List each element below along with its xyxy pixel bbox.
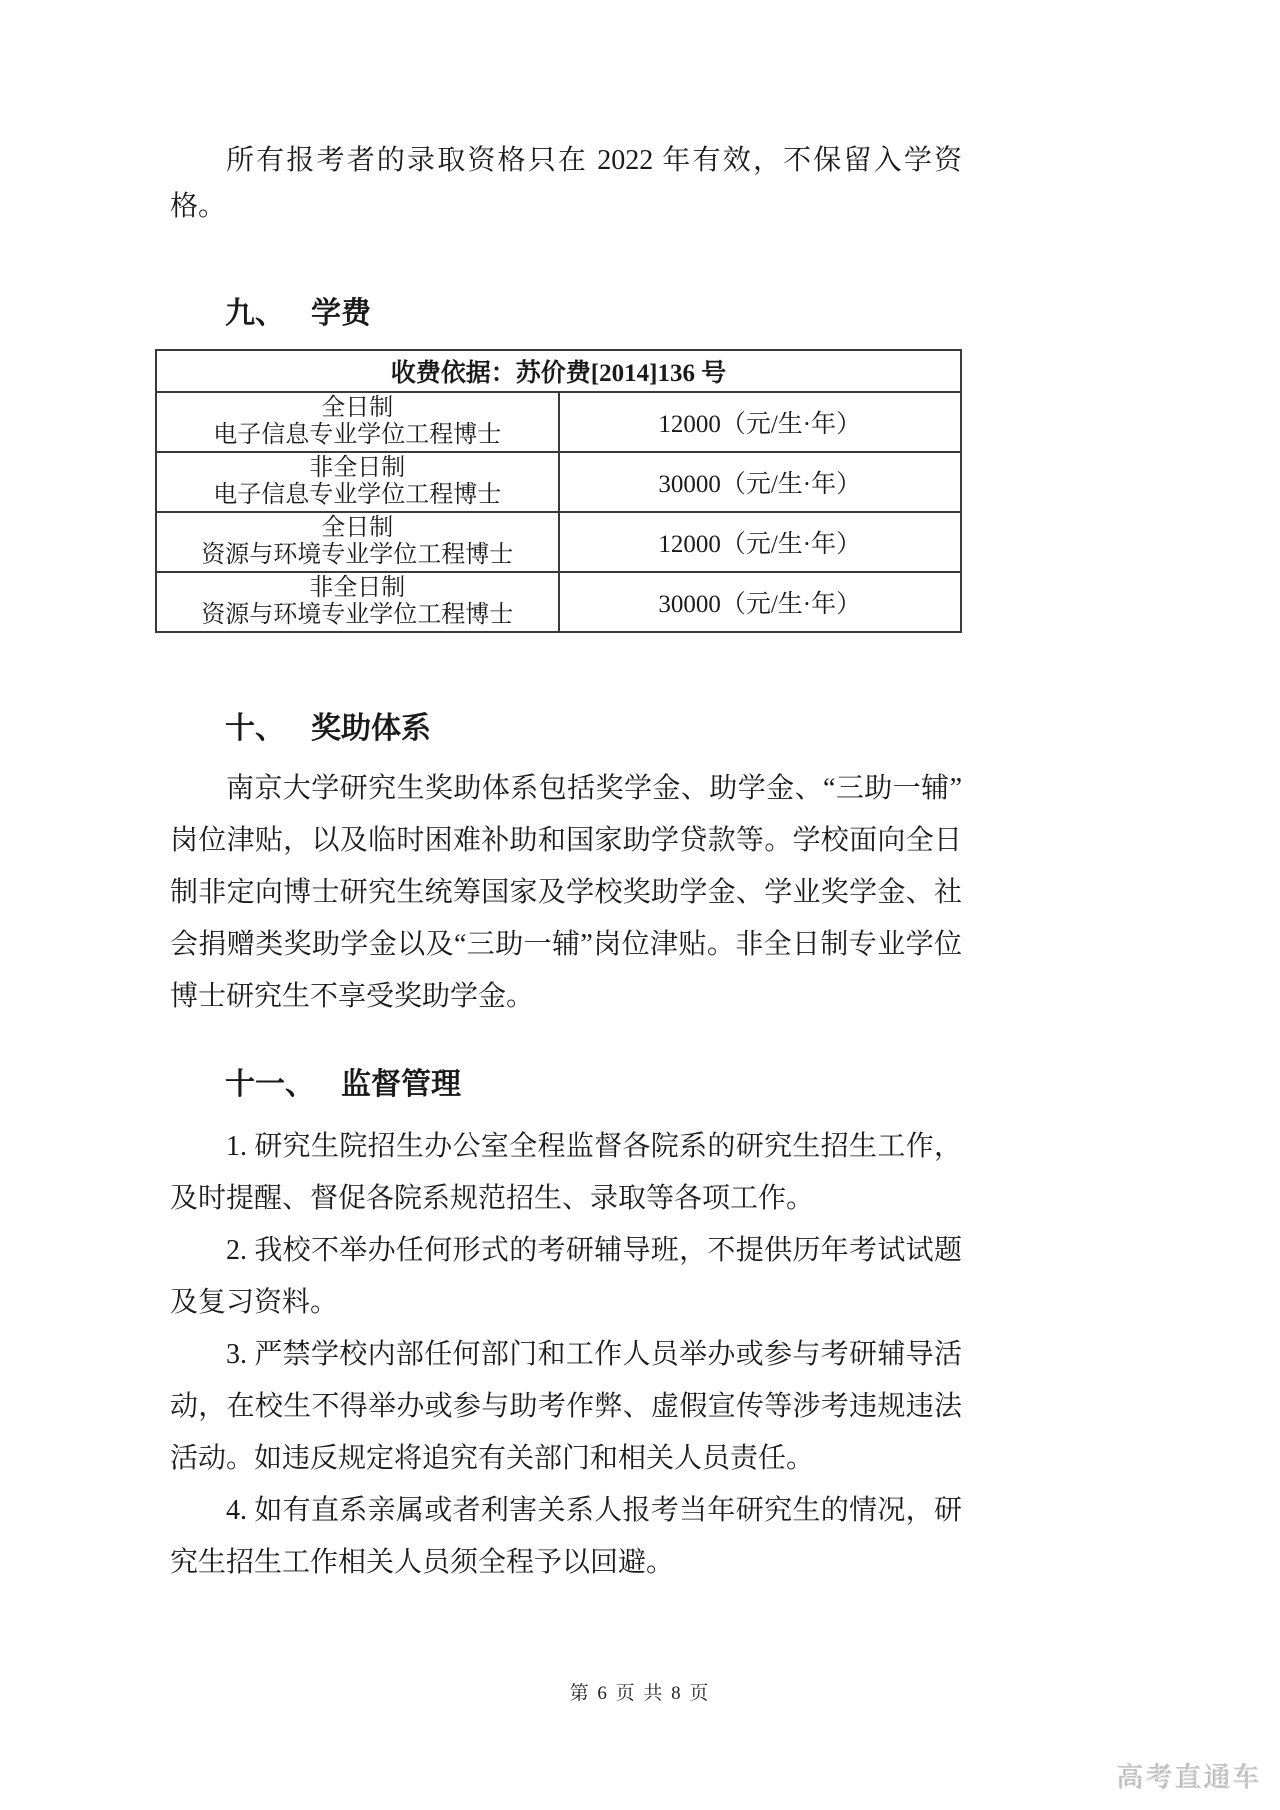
program-mode: 全日制 bbox=[161, 395, 554, 422]
program-name: 电子信息专业学位工程博士 bbox=[161, 482, 554, 509]
program-mode: 非全日制 bbox=[161, 455, 554, 482]
supervision-item: 4. 如有直系亲属或者利害关系人报考当年研究生的情况，研究生招生工作相关人员须全… bbox=[170, 1485, 962, 1589]
program-mode: 全日制 bbox=[161, 515, 554, 542]
table-row: 非全日制 电子信息专业学位工程博士 30000（元/生·年） bbox=[156, 452, 961, 512]
section-9-title: 学费 bbox=[311, 297, 371, 330]
section-10-number: 十、 bbox=[225, 712, 285, 745]
program-name: 资源与环境专业学位工程博士 bbox=[161, 602, 554, 629]
section-11-heading: 十一、监督管理 bbox=[225, 1065, 962, 1105]
supervision-item: 1. 研究生院招生办公室全程监督各院系的研究生招生工作，及时提醒、督促各院系规范… bbox=[170, 1121, 962, 1225]
program-name: 电子信息专业学位工程博士 bbox=[161, 422, 554, 449]
fee-basis-header: 收费依据：苏价费[2014]136 号 bbox=[156, 350, 961, 392]
supervision-item: 3. 严禁学校内部任何部门和工作人员举办或参与考研辅导活动，在校生不得举办或参与… bbox=[170, 1329, 962, 1485]
tuition-fee-table: 收费依据：苏价费[2014]136 号 全日制 电子信息专业学位工程博士 120… bbox=[155, 349, 962, 633]
table-row: 全日制 电子信息专业学位工程博士 12000（元/生·年） bbox=[156, 392, 961, 452]
section-11-number: 十一、 bbox=[225, 1068, 315, 1101]
program-cell: 非全日制 资源与环境专业学位工程博士 bbox=[156, 572, 559, 632]
section-11-items: 1. 研究生院招生办公室全程监督各院系的研究生招生工作，及时提醒、督促各院系规范… bbox=[170, 1121, 962, 1589]
program-name: 资源与环境专业学位工程博士 bbox=[161, 542, 554, 569]
program-cell: 全日制 资源与环境专业学位工程博士 bbox=[156, 512, 559, 572]
table-row: 非全日制 资源与环境专业学位工程博士 30000（元/生·年） bbox=[156, 572, 961, 632]
supervision-item: 2. 我校不举办任何形式的考研辅导班，不提供历年考试试题及复习资料。 bbox=[170, 1225, 962, 1329]
fee-table-header-row: 收费依据：苏价费[2014]136 号 bbox=[156, 350, 961, 392]
section-10-title: 奖助体系 bbox=[311, 712, 431, 745]
program-cell: 非全日制 电子信息专业学位工程博士 bbox=[156, 452, 559, 512]
page-number: 第 6 页 共 8 页 bbox=[0, 1678, 1280, 1705]
section-9-number: 九、 bbox=[225, 297, 285, 330]
fee-cell: 12000（元/生·年） bbox=[559, 392, 962, 452]
fee-cell: 30000（元/生·年） bbox=[559, 452, 962, 512]
document-content: 所有报考者的录取资格只在 2022 年有效，不保留入学资格。 九、学费 收费依据… bbox=[170, 138, 962, 1589]
section-10-heading: 十、奖助体系 bbox=[225, 709, 962, 749]
document-page: 所有报考者的录取资格只在 2022 年有效，不保留入学资格。 九、学费 收费依据… bbox=[0, 0, 1280, 1810]
program-cell: 全日制 电子信息专业学位工程博士 bbox=[156, 392, 559, 452]
fee-cell: 30000（元/生·年） bbox=[559, 572, 962, 632]
fee-cell: 12000（元/生·年） bbox=[559, 512, 962, 572]
section-9-heading: 九、学费 bbox=[225, 294, 962, 334]
program-mode: 非全日制 bbox=[161, 575, 554, 602]
table-row: 全日制 资源与环境专业学位工程博士 12000（元/生·年） bbox=[156, 512, 961, 572]
intro-paragraph: 所有报考者的录取资格只在 2022 年有效，不保留入学资格。 bbox=[170, 138, 962, 230]
section-10-paragraph: 南京大学研究生奖助体系包括奖学金、助学金、“三助一辅”岗位津贴，以及临时困难补助… bbox=[170, 763, 962, 1023]
section-11-title: 监督管理 bbox=[341, 1068, 461, 1101]
watermark: 高考直通车 bbox=[1117, 1756, 1262, 1795]
